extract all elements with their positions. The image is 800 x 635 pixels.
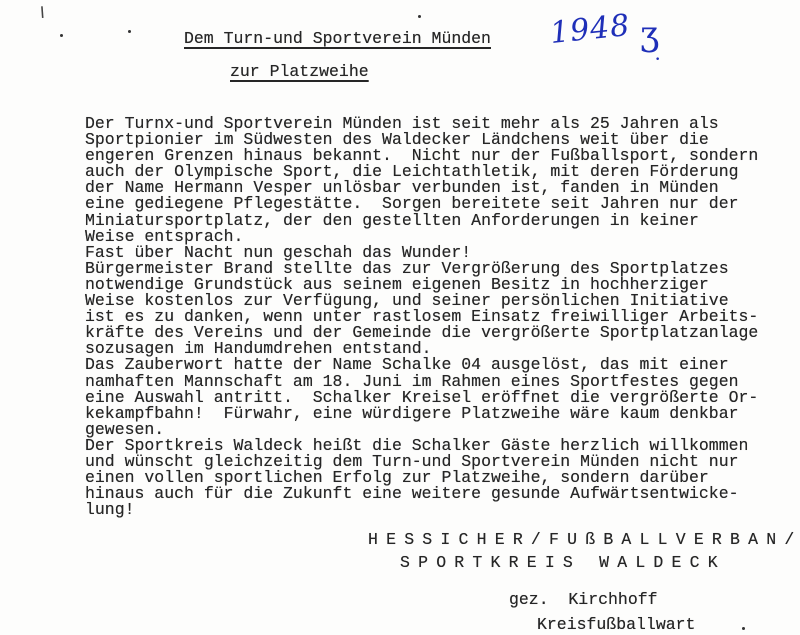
signature-signed-by: gez. Kirchhoff — [509, 590, 658, 609]
paper-speck — [418, 15, 421, 18]
document-page: I Dem Turn-und Sportverein Münden zur Pl… — [0, 0, 800, 635]
paper-speck — [60, 34, 63, 37]
letter-line: lung! — [85, 502, 758, 518]
paper-speck — [742, 627, 745, 630]
handwritten-year-note: 1948 — [548, 8, 632, 51]
signature-role: Kreisfußballwart — [537, 615, 695, 634]
letter-body: Der Turnx-und Sportverein Münden ist sei… — [85, 116, 758, 518]
letter-line: hinaus auch für die Zukunft eine weitere… — [85, 486, 758, 502]
signature-organization-line2: SPORTKREIS WALDECK — [400, 553, 726, 572]
document-title-line2: zur Platzweihe — [230, 62, 369, 81]
signature-organization-line1: HESSICHER/FUßBALLVERBAN/ — [368, 530, 800, 549]
handwritten-dot: • — [655, 55, 660, 65]
margin-mark: I — [39, 3, 45, 23]
handwritten-mark: ʒ — [640, 14, 659, 54]
document-title-line1: Dem Turn-und Sportverein Münden — [184, 29, 491, 48]
letter-line: kekampfbahn! Fürwahr, eine würdigere Pla… — [85, 406, 758, 422]
paper-speck — [128, 30, 131, 33]
